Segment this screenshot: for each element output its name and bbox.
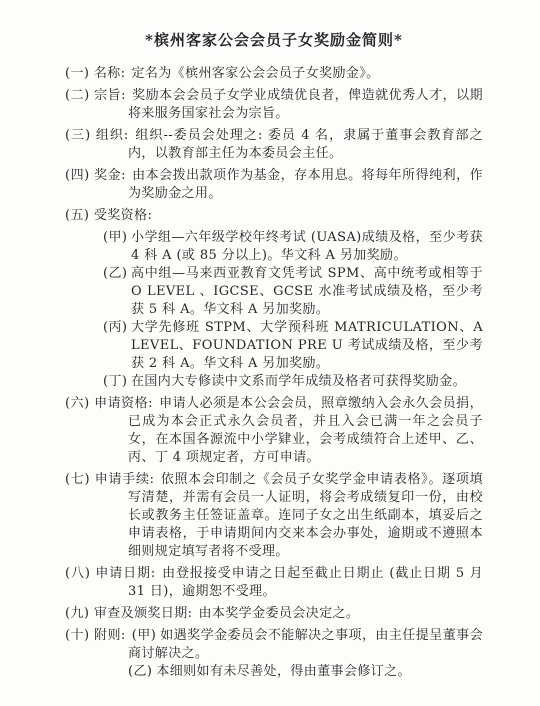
- clause-2: (二) 宗旨:奖励本会会员子女学业成绩优良者，俾造就优秀人才，以期将来服务国家社…: [65, 87, 483, 123]
- clause-6-label: (六) 申请资格:: [65, 396, 153, 411]
- clause-1: (一) 名称:定名为《槟州客家公会会员子女奖励金》。: [65, 65, 483, 83]
- document-page: *槟州客家公会会员子女奖励金简则* (一) 名称:定名为《槟州客家公会会员子女奖…: [0, 0, 540, 706]
- clause-8: (八) 申请日期:由登报接受申请之日起至截止日期止 (截止日期 5 月 31 日…: [65, 565, 483, 601]
- clause-10-sub-yi-label: (乙): [128, 664, 152, 679]
- sub-item-yi-text: 高中组—马来西亚教育文凭考试 SPM、高中统考或相等于 O LEVEL 、IGC…: [131, 265, 483, 319]
- sub-item-bing-text: 大学先修班 STPM、大学预科班 MATRICULATION、A LEVEL、F…: [131, 319, 483, 373]
- clause-3: (三) 组织:组织--委员会处理之: 委员 4 名，隶属于董事会教育部之内，以教…: [65, 127, 483, 163]
- clause-10-label: (十) 附则:: [65, 628, 126, 643]
- clause-10-sub-yi: (乙)本细则如有未尽善处，得由董事会修订之。: [128, 663, 483, 681]
- sub-item-yi-label: (乙): [103, 265, 131, 283]
- sub-item-ding-label: (丁): [103, 373, 131, 391]
- clause-1-label: (一) 名称:: [65, 66, 125, 81]
- clause-3-label: (三) 组织:: [65, 128, 129, 143]
- clause-7: (七) 申请手续:依照本会印制之《会员子女奖学金申请表格》。逐项填写清楚，并需有…: [65, 471, 483, 561]
- sub-item-jia-text: 小学组—六年级学校年终考试 (UASA)成绩及格，至少考获 4 科 A (或 8…: [131, 229, 483, 265]
- clause-5: (五) 受奖资格: (甲)小学组—六年级学校年终考试 (UASA)成绩及格，至少…: [65, 207, 483, 391]
- clause-4-text: 由本会拨出款项作为基金，存本用息。将每年所得纯利，作为奖励金之用。: [128, 168, 483, 201]
- clause-6: (六) 申请资格:申请人必须是本公会会员，照章缴纳入会永久会员捐，已成为本会正式…: [65, 395, 483, 467]
- sub-item-jia: (甲)小学组—六年级学校年终考试 (UASA)成绩及格，至少考获 4 科 A (…: [103, 229, 483, 265]
- sub-item-yi: (乙)高中组—马来西亚教育文凭考试 SPM、高中统考或相等于 O LEVEL 、…: [103, 265, 483, 319]
- clause-9-label: (九) 审查及颁奖日期:: [65, 606, 192, 621]
- clause-4-label: (四) 奖金:: [65, 168, 126, 183]
- clause-10-sub-yi-text: 本细则如有未尽善处，得由董事会修订之。: [156, 664, 411, 679]
- clause-10-sub-jia-label: (甲): [132, 628, 156, 643]
- clause-10: (十) 附则:(甲)如遇奖学金委员会不能解决之事项，由主任提呈董事会商讨解决之。…: [65, 627, 483, 681]
- clause-7-label: (七) 申请手续:: [65, 472, 154, 487]
- sub-item-jia-label: (甲): [103, 229, 131, 247]
- clause-3-text: 组织--委员会处理之: 委员 4 名，隶属于董事会教育部之内，以教育部主任为本委…: [128, 128, 483, 161]
- sub-item-bing-label: (丙): [103, 319, 131, 337]
- clause-6-text: 申请人必须是本公会会员，照章缴纳入会永久会员捐，已成为本会正式永久会员者，并且入…: [128, 396, 483, 465]
- clause-4: (四) 奖金:由本会拨出款项作为基金，存本用息。将每年所得纯利，作为奖励金之用。: [65, 167, 483, 203]
- clause-2-label: (二) 宗旨:: [65, 88, 126, 103]
- clause-9-text: 由本奖学金委员会决定之。: [198, 606, 359, 621]
- clause-1-text: 定名为《槟州客家公会会员子女奖励金》。: [131, 66, 379, 81]
- clause-9: (九) 审查及颁奖日期:由本奖学金委员会决定之。: [65, 605, 483, 623]
- sub-item-ding: (丁)在国内大专修读中文系而学年成绩及格者可获得奖励金。: [103, 373, 483, 391]
- doc-title: *槟州客家公会会员子女奖励金简则*: [65, 29, 483, 51]
- clause-8-text: 由登报接受申请之日起至截止日期止 (截止日期 5 月 31 日)，逾期恕不受理。: [128, 566, 483, 599]
- clause-2-text: 奖励本会会员子女学业成绩优良者，俾造就优秀人才，以期将来服务国家社会为宗旨。: [128, 88, 483, 121]
- clause-10-sub-jia-text: 如遇奖学金委员会不能解决之事项，由主任提呈董事会商讨解决之。: [128, 628, 483, 661]
- clause-5-sub-items: (甲)小学组—六年级学校年终考试 (UASA)成绩及格，至少考获 4 科 A (…: [103, 229, 483, 391]
- sub-item-ding-text: 在国内大专修读中文系而学年成绩及格者可获得奖励金。: [131, 373, 483, 391]
- clause-5-label: (五) 受奖资格:: [65, 207, 483, 225]
- clause-10-sub-jia: (甲)如遇奖学金委员会不能解决之事项，由主任提呈董事会商讨解决之。: [128, 628, 483, 661]
- sub-item-bing: (丙)大学先修班 STPM、大学预科班 MATRICULATION、A LEVE…: [103, 319, 483, 373]
- clause-8-label: (八) 申请日期:: [65, 566, 156, 581]
- clause-7-text: 依照本会印制之《会员子女奖学金申请表格》。逐项填写清楚，并需有会员一人证明，将会…: [128, 472, 483, 559]
